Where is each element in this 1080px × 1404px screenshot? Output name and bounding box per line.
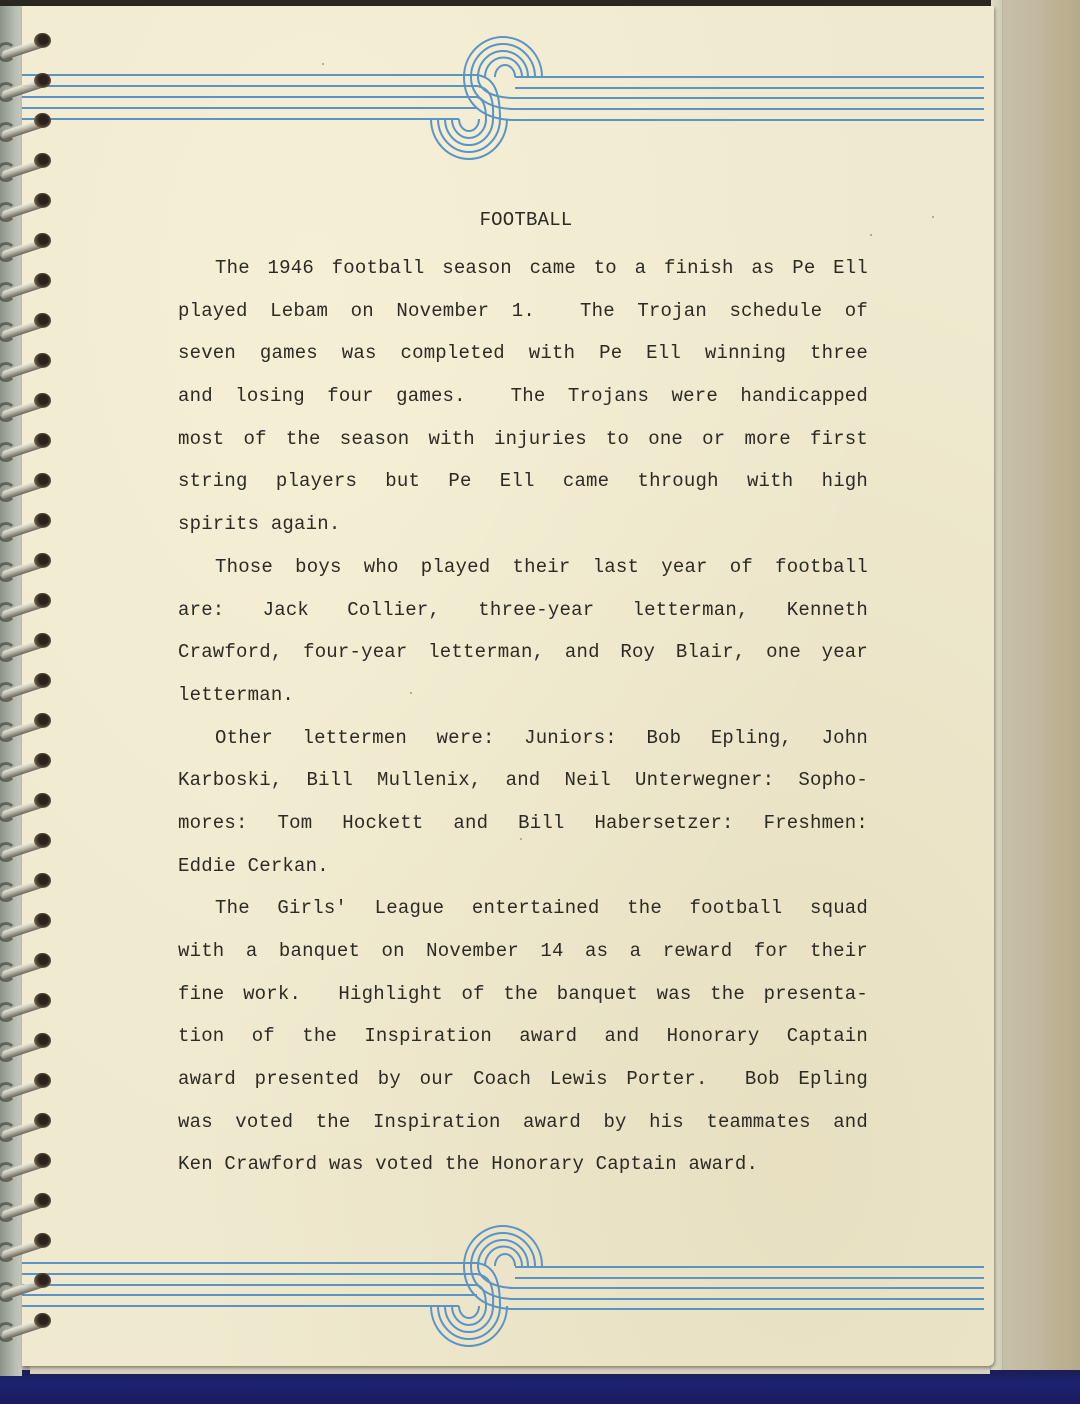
text-line: Eddie Cerkan. bbox=[178, 845, 868, 888]
notebook-cover bbox=[0, 1370, 1080, 1404]
text-line: seven games was completed with Pe Ell wi… bbox=[178, 332, 868, 375]
s-scroll-staff-ornament-icon bbox=[22, 28, 994, 188]
text-line: played Lebam on November 1. The Trojan s… bbox=[178, 290, 868, 333]
text-line: Ken Crawford was voted the Honorary Capt… bbox=[178, 1143, 868, 1186]
text-line: was voted the Inspiration award by his t… bbox=[178, 1101, 868, 1144]
paragraph-other-lettermen: Other lettermen were: Juniors: Bob Eplin… bbox=[178, 717, 868, 888]
notebook-backing-board bbox=[1000, 0, 1080, 1404]
text-line: letterman. bbox=[178, 674, 868, 717]
text-line: Other lettermen were: Juniors: Bob Eplin… bbox=[178, 717, 868, 760]
text-line: with a banquet on November 14 as a rewar… bbox=[178, 930, 868, 973]
paragraph-seniors: Those boys who played their last year of… bbox=[178, 546, 868, 717]
text-line: mores: Tom Hockett and Bill Habersetzer:… bbox=[178, 802, 868, 845]
page-content: FOOTBALL The 1946 football season came t… bbox=[178, 205, 868, 1186]
text-line: string players but Pe Ell came through w… bbox=[178, 460, 868, 503]
bottom-ornament bbox=[22, 1206, 994, 1366]
page-title: FOOTBALL bbox=[178, 205, 868, 235]
spiral-spine bbox=[0, 6, 22, 1376]
s-scroll-staff-ornament-icon bbox=[22, 1206, 994, 1366]
text-line: The 1946 football season came to a finis… bbox=[178, 247, 868, 290]
text-line: most of the season with injuries to one … bbox=[178, 418, 868, 461]
paragraph-banquet: The Girls' League entertained the footba… bbox=[178, 887, 868, 1186]
text-line: and losing four games. The Trojans were … bbox=[178, 375, 868, 418]
text-line: Those boys who played their last year of… bbox=[178, 546, 868, 589]
text-line: The Girls' League entertained the footba… bbox=[178, 887, 868, 930]
text-line: spirits again. bbox=[178, 503, 868, 546]
text-line: tion of the Inspiration award and Honora… bbox=[178, 1015, 868, 1058]
paragraph-season-summary: The 1946 football season came to a finis… bbox=[178, 247, 868, 546]
text-line: Crawford, four-year letterman, and Roy B… bbox=[178, 631, 868, 674]
text-line: are: Jack Collier, three-year letterman,… bbox=[178, 589, 868, 632]
top-ornament bbox=[22, 28, 994, 188]
text-line: fine work. Highlight of the banquet was … bbox=[178, 973, 868, 1016]
text-line: award presented by our Coach Lewis Porte… bbox=[178, 1058, 868, 1101]
text-line: Karboski, Bill Mullenix, and Neil Unterw… bbox=[178, 759, 868, 802]
